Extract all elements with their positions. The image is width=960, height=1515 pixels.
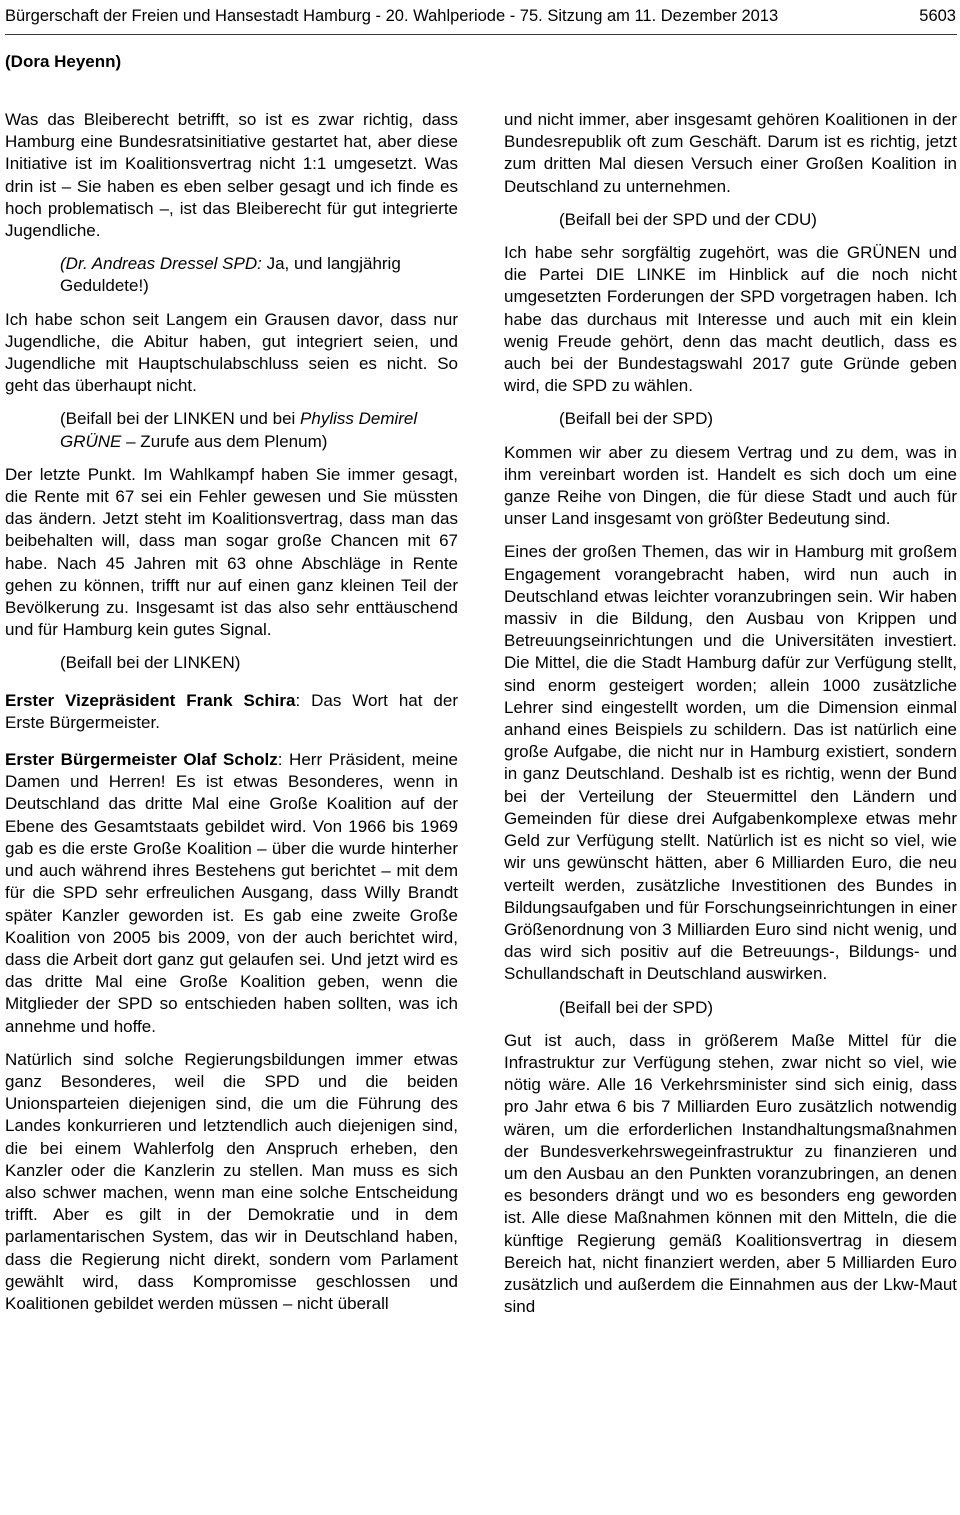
paragraph: Kommen wir aber zu diesem Vertrag und zu… <box>504 442 957 531</box>
interjection: (Beifall bei der SPD) <box>559 408 957 430</box>
paragraph: Der letzte Punkt. Im Wahlkampf haben Sie… <box>5 464 458 642</box>
text-run: (Dr. Andreas Dressel SPD: <box>60 254 262 273</box>
continuation-speaker: (Dora Heyenn) <box>5 52 957 72</box>
text-run: Eines der großen Themen, das wir in Hamb… <box>504 542 957 983</box>
interjection: (Beifall bei der LINKEN und bei Phyliss … <box>60 408 458 452</box>
paragraph: Eines der großen Themen, das wir in Hamb… <box>504 541 957 985</box>
text-run: Ich habe sehr sorgfältig zugehört, was d… <box>504 243 957 395</box>
text-run: (Beifall bei der SPD und der CDU) <box>559 210 817 229</box>
page-number: 5603 <box>919 6 956 27</box>
speech-paragraph: Erster Bürgermeister Olaf Scholz: Herr P… <box>5 749 458 1038</box>
interjection: (Beifall bei der SPD und der CDU) <box>559 209 957 231</box>
paragraph: Gut ist auch, dass in größerem Maße Mitt… <box>504 1030 957 1319</box>
text-run: Natürlich sind solche Regierungsbildunge… <box>5 1050 458 1313</box>
text-run: Erster Bürgermeister Olaf Scholz <box>5 750 278 769</box>
text-columns: Was das Bleiberecht betrifft, so ist es … <box>5 109 957 1329</box>
text-run: – Zurufe aus dem Plenum) <box>121 432 327 451</box>
text-run: Was das Bleiberecht betrifft, so ist es … <box>5 110 458 240</box>
text-run: (Beifall bei der SPD) <box>559 409 713 428</box>
interjection: (Beifall bei der SPD) <box>559 997 957 1019</box>
page-header: Bürgerschaft der Freien und Hansestadt H… <box>5 4 957 27</box>
text-run: Erster Vizepräsident Frank Schira <box>5 691 295 710</box>
column-right: und nicht immer, aber insgesamt gehören … <box>504 109 957 1329</box>
document-page: Bürgerschaft der Freien und Hansestadt H… <box>0 0 960 1515</box>
column-left: Was das Bleiberecht betrifft, so ist es … <box>5 109 458 1329</box>
interjection: (Beifall bei der LINKEN) <box>60 652 458 674</box>
text-run: (Beifall bei der LINKEN und bei <box>60 409 300 428</box>
speech-paragraph: Erster Vizepräsident Frank Schira: Das W… <box>5 690 458 734</box>
text-run: Ich habe schon seit Langem ein Grausen d… <box>5 310 458 396</box>
paragraph: Natürlich sind solche Regierungsbildunge… <box>5 1049 458 1315</box>
text-run: Kommen wir aber zu diesem Vertrag und zu… <box>504 443 957 529</box>
text-run: Gut ist auch, dass in größerem Maße Mitt… <box>504 1031 957 1316</box>
interjection: (Dr. Andreas Dressel SPD: Ja, und langjä… <box>60 253 458 297</box>
text-run: (Beifall bei der SPD) <box>559 998 713 1017</box>
header-title: Bürgerschaft der Freien und Hansestadt H… <box>5 6 778 27</box>
paragraph: Ich habe sehr sorgfältig zugehört, was d… <box>504 242 957 397</box>
paragraph: und nicht immer, aber insgesamt gehören … <box>504 109 957 198</box>
paragraph: Ich habe schon seit Langem ein Grausen d… <box>5 309 458 398</box>
header-divider <box>5 34 957 35</box>
text-run: Der letzte Punkt. Im Wahlkampf haben Sie… <box>5 465 458 639</box>
text-run: (Beifall bei der LINKEN) <box>60 653 240 672</box>
paragraph: Was das Bleiberecht betrifft, so ist es … <box>5 109 458 242</box>
text-run: : Herr Präsident, meine Damen und Herren… <box>5 750 458 1035</box>
text-run: und nicht immer, aber insgesamt gehören … <box>504 110 957 196</box>
